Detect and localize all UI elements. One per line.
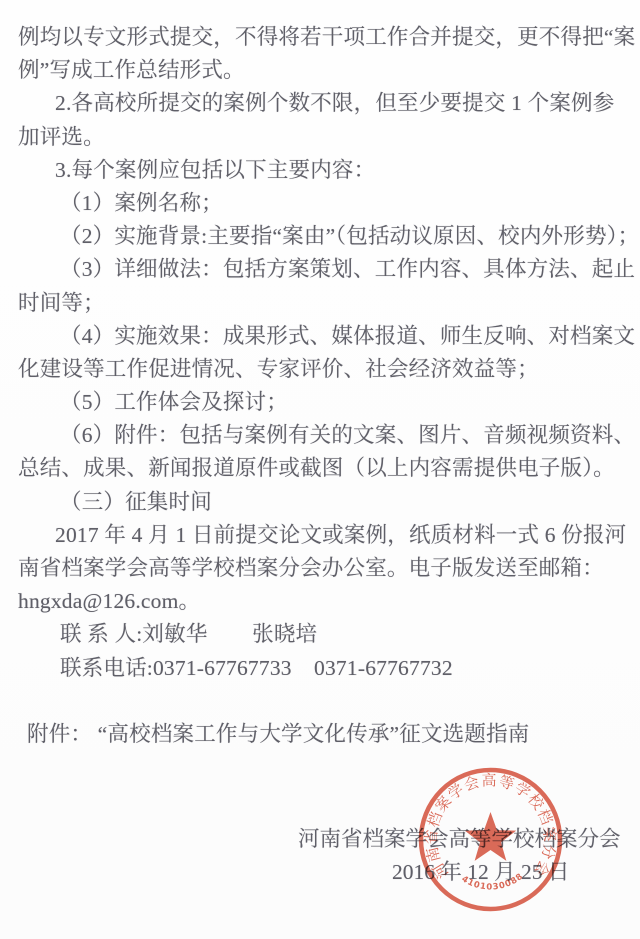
text-line: （2）实施背景:主要指“案由”（包括动议原因、校内外形势）； [18, 220, 626, 253]
seal-graphic: 河南省档案学会高等学校档案分会 4101030088045 [417, 766, 564, 913]
text-line: 附件： “高校档案工作与大学文化传承”征文选题指南 [18, 718, 626, 751]
text-line: 南省档案学会高等学校档案分会办公室。电子版发送至邮箱： [18, 552, 626, 585]
text-line: 时间等； [18, 287, 626, 320]
text-line: 总结、成果、新闻报道原件或截图（以上内容需提供电子版）。 [18, 452, 626, 485]
text-line: 联 系 人:刘敏华 张晓培 [18, 618, 626, 651]
text-line: 3.每个案例应包括以下主要内容： [18, 154, 626, 187]
text-line: 2.各高校所提交的案例个数不限，但至少要提交 1 个案例参 [18, 87, 626, 120]
text-line: （6）附件：包括与案例有关的文案、图片、音频视频资料、 [18, 419, 626, 452]
text-line: 2017 年 4 月 1 日前提交论文或案例，纸质材料一式 6 份报河 [18, 519, 626, 552]
text-line: hngxda@126.com。 [18, 585, 626, 618]
text-line: 联系电话:0371-67767733 0371-67767732 [18, 652, 626, 685]
seal-star [465, 812, 516, 861]
scanned-document: { "page": { "background_color": "#ffffff… [0, 0, 640, 939]
document-page: 例均以专文形式提交，不得将若干项工作合并提交，更不得把“案例”写成工作总结形式。… [0, 0, 640, 939]
text-line: （4）实施效果：成果形式、媒体报道、师生反响、对档案文 [18, 320, 626, 353]
text-line: 化建设等工作促进情况、专家评价、社会经济效益等； [18, 353, 626, 386]
text-line: 例均以专文形式提交，不得将若干项工作合并提交，更不得把“案 [18, 21, 626, 54]
official-seal: 河南省档案学会高等学校档案分会 4101030088045 [417, 766, 564, 913]
body-text-block: 例均以专文形式提交，不得将若干项工作合并提交，更不得把“案例”写成工作总结形式。… [18, 21, 626, 751]
text-line: （1）案例名称； [18, 187, 626, 220]
text-line: （三）征集时间 [18, 486, 626, 519]
text-line: 例”写成工作总结形式。 [18, 54, 626, 87]
text-line: 加评选。 [18, 121, 626, 154]
text-line [18, 685, 626, 718]
text-line: （3）详细做法：包括方案策划、工作内容、具体方法、起止 [18, 253, 626, 286]
text-line: （5）工作体会及探讨； [18, 386, 626, 419]
